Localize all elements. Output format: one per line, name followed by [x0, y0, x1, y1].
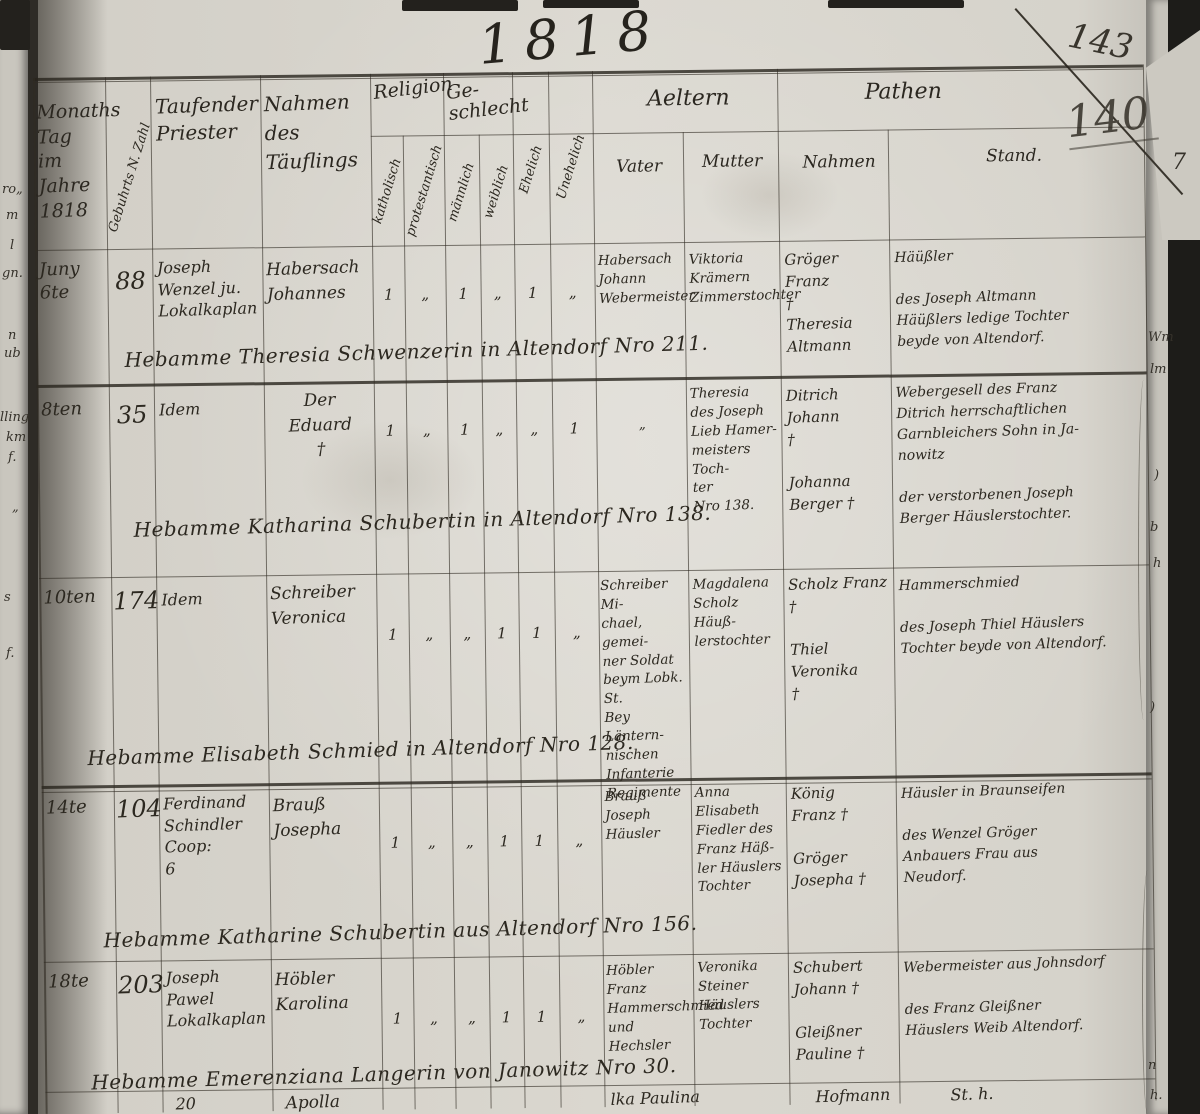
cell-father: „: [600, 414, 685, 436]
cell-tick-marks: 1„„11„: [381, 1007, 603, 1028]
subheader-mother: Mutter: [692, 151, 772, 172]
cell-tick-marks: 1„1„„1: [374, 419, 596, 440]
margin-fragment: ): [1150, 700, 1155, 715]
margin-fragment: ro„: [2, 182, 23, 197]
margin-fragment: km: [6, 430, 26, 445]
cell-priest: Joseph Pawel Lokalkaplan: [165, 964, 270, 1032]
margin-fragment: n: [8, 328, 16, 343]
rule: [512, 72, 526, 1108]
subheader-godparent-names: Nahmen: [794, 152, 884, 173]
cell-father: Schreiber Mi- chael, gemei- ner Soldat b…: [600, 574, 691, 803]
rule: [479, 135, 492, 1109]
cell-number: 35: [111, 400, 154, 429]
subheader-godparent-status: Stand.: [934, 145, 1094, 167]
cell-date: 8ten: [41, 396, 108, 422]
cell-fragment: Hofmann: [815, 1085, 890, 1106]
baptism-register-table: Monaths Tag im Jahre 1818 Gebuhrts N. Za…: [33, 64, 1159, 1114]
column-header-parents: Aeltern: [623, 85, 753, 112]
cell-date: 18te: [48, 968, 115, 994]
cell-number: 104: [115, 794, 158, 823]
cell-number: 174: [113, 586, 156, 615]
margin-fragment: m: [6, 208, 18, 223]
margin-fragment: s: [4, 590, 11, 605]
cell-tick-marks: 1„„11„: [379, 831, 601, 852]
scan-artifact-bar: [402, 0, 518, 11]
margin-fragment: „: [12, 500, 19, 515]
column-header-priest: Taufender Priester: [155, 90, 260, 147]
margin-fragment: ub: [4, 346, 21, 361]
cell-priest: Idem: [161, 586, 265, 611]
cell-father: Brauß Joseph Häusler: [604, 785, 690, 844]
cell-godparent-status: Webermeister aus Johnsdorf des Franz Gle…: [903, 950, 1154, 1042]
cell-child-name: Höbler Karolina: [274, 965, 380, 1018]
midwife-note: Hebamme Elisabeth Schmied in Altendorf N…: [87, 730, 634, 770]
scan-artifact-corner: [0, 0, 30, 50]
midwife-note: Hebamme Theresia Schwenzerin in Altendor…: [124, 331, 709, 372]
column-header-ehelich: Ehelich: [508, 115, 555, 224]
cell-child-name: Schreiber Veronica: [270, 579, 376, 632]
cell-father: Habersach Johann Webermeister: [598, 249, 684, 308]
cell-godparent-names: Scholz Franz † Thiel Veronika †: [788, 572, 894, 706]
cell-child-name: Habersach Johannes: [266, 255, 372, 308]
midwife-note: Hebamme Katharina Schubertin in Altendor…: [133, 501, 711, 542]
cell-godparent-status: Webergesell des Franz Ditrich herrschaft…: [895, 375, 1148, 530]
cell-father: Höbler Franz Hammerschmied und Hechsler: [606, 959, 693, 1056]
previous-page-edge: [0, 0, 30, 1114]
cell-child-name: Brauß Josepha: [272, 791, 378, 844]
rule: [403, 135, 416, 1109]
cell-godparent-status: Häüßler des Joseph Altmann Häüßlers ledi…: [894, 240, 1145, 353]
cell-mother: Anna Elisabeth Fiedler des Franz Häß- le…: [694, 781, 786, 897]
margin-fragment: f.: [6, 646, 14, 661]
margin-fragment: n: [1148, 1058, 1156, 1073]
margin-fragment: 7: [1172, 150, 1186, 175]
cell-fragment: Apolla: [285, 1092, 340, 1114]
cell-date: 14te: [46, 794, 113, 820]
cell-mother: Viktoria Krämern Zimmerstochter: [689, 248, 779, 308]
rule: [548, 72, 562, 1108]
cell-date: 10ten: [43, 584, 110, 610]
cell-mother: Veronika Steiner Häuslers Tochter: [697, 956, 787, 1034]
column-header-godparents: Pathen: [823, 78, 983, 105]
margin-fragment: lm: [1150, 362, 1167, 377]
scan-artifact-bar: [828, 0, 964, 8]
column-header-date: Monaths Tag im Jahre 1818: [36, 98, 106, 224]
cell-tick-marks: 1„„11„: [377, 623, 599, 644]
register-page-scan: { "colors":{"paper":"#dad7cf","ink":"#2d…: [0, 0, 1200, 1114]
cell-priest: Idem: [159, 396, 263, 421]
margin-fragment: h.: [1150, 1088, 1163, 1103]
margin-fragment: b: [1150, 520, 1158, 535]
cell-godparent-names: Schubert Johann † Gleißner Pauline †: [793, 954, 899, 1066]
cell-mother: Theresia des Joseph Lieb Hamer- meisters…: [689, 382, 781, 517]
cell-godparent-status: Häusler in Braunseifen des Wenzel Gröger…: [901, 776, 1152, 889]
cell-godparent-status: Hammerschmied des Joseph Thiel Häuslers …: [898, 568, 1149, 660]
cell-fragment: lka Paulina: [610, 1087, 700, 1109]
cell-number: 88: [109, 266, 152, 295]
cell-godparent-names: König Franz † Gröger Josepha †: [791, 780, 897, 892]
cell-date: Juny 6te: [39, 256, 107, 305]
column-header-child-name: Nahmen des Täuflings: [263, 87, 370, 177]
cell-fragment: 20: [175, 1094, 196, 1114]
column-header-sex: Ge- schlecht: [445, 74, 530, 125]
margin-fragment: l: [10, 238, 14, 253]
midwife-note: Hebamme Katharine Schubertin aus Altendo…: [103, 911, 698, 953]
column-header-unehelich: Unehelich: [548, 112, 595, 221]
cell-number: 203: [118, 970, 161, 999]
margin-fragment: f.: [8, 450, 16, 465]
subheader-father: Vater: [604, 156, 674, 177]
margin-fragment: gn.: [2, 266, 23, 281]
cell-child-name: Der Eduard †: [267, 387, 373, 464]
cell-godparent-names: Gröger Franz † Theresia Altmann: [784, 247, 890, 359]
margin-fragment: lling: [0, 410, 29, 425]
column-header-birth-number: Gebuhrts N. Zahl: [106, 125, 153, 234]
cell-fragment: St. h.: [950, 1084, 994, 1104]
margin-fragment: h: [1153, 556, 1161, 571]
margin-fragment: Wm: [1148, 330, 1174, 345]
cell-priest: Joseph Wenzel ju. Lokalkaplan: [157, 254, 262, 322]
cell-godparent-names: Ditrich Johann † Johanna Berger †: [785, 383, 891, 517]
margin-fragment: ): [1154, 468, 1159, 483]
rule: [371, 126, 1144, 136]
cell-priest: Ferdinand Schindler Coop: 6: [163, 790, 269, 880]
cell-mother: Magdalena Scholz Häuß- lerstochter: [692, 573, 782, 651]
cell-tick-marks: 1„1„1„: [373, 283, 595, 304]
